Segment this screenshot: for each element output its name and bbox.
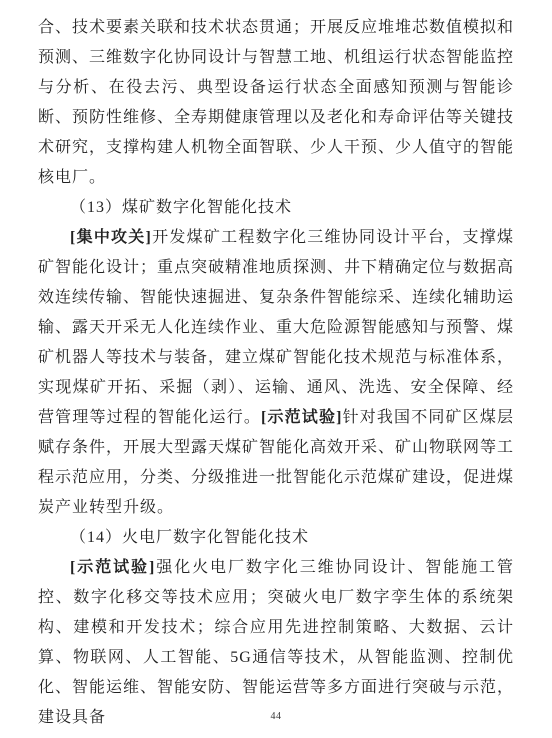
- document-body: 合、技术要素关联和技术状态贯通；开展反应堆堆芯数值模拟和预测、三维数字化协同设计…: [38, 0, 514, 733]
- text-run: 强化火电厂数字化三维协同设计、智能施工管控、数字化移交等技术应用；突破火电厂数字…: [38, 559, 514, 726]
- page-number: 44: [0, 711, 552, 722]
- document-page: 合、技术要素关联和技术状态贯通；开展反应堆堆芯数值模拟和预测、三维数字化协同设计…: [0, 0, 552, 738]
- emphasis-bracket-run: [示范试验]: [261, 409, 342, 426]
- heading-item-13: （13）煤矿数字化智能化技术: [38, 193, 514, 223]
- paragraph-nuclear-power-continued: 合、技术要素关联和技术状态贯通；开展反应堆堆芯数值模拟和预测、三维数字化协同设计…: [38, 13, 514, 193]
- paragraph-coal-mine: [集中攻关]开发煤矿工程数字化三维协同设计平台，支撑煤矿智能化设计；重点突破精准…: [38, 223, 514, 523]
- emphasis-bracket-run: [集中攻关]: [70, 229, 152, 246]
- text-run: （14）火电厂数字化智能化技术: [70, 529, 309, 546]
- text-run: 合、技术要素关联和技术状态贯通；开展反应堆堆芯数值模拟和预测、三维数字化协同设计…: [38, 19, 514, 186]
- paragraph-thermal-power-plant: [示范试验]强化火电厂数字化三维协同设计、智能施工管控、数字化移交等技术应用；突…: [38, 553, 514, 733]
- emphasis-bracket-run: [示范试验]: [70, 559, 155, 576]
- heading-item-14: （14）火电厂数字化智能化技术: [38, 523, 514, 553]
- text-run: （13）煤矿数字化智能化技术: [70, 199, 292, 216]
- text-run: 开发煤矿工程数字化三维协同设计平台，支撑煤矿智能化设计；重点突破精准地质探测、井…: [38, 229, 514, 426]
